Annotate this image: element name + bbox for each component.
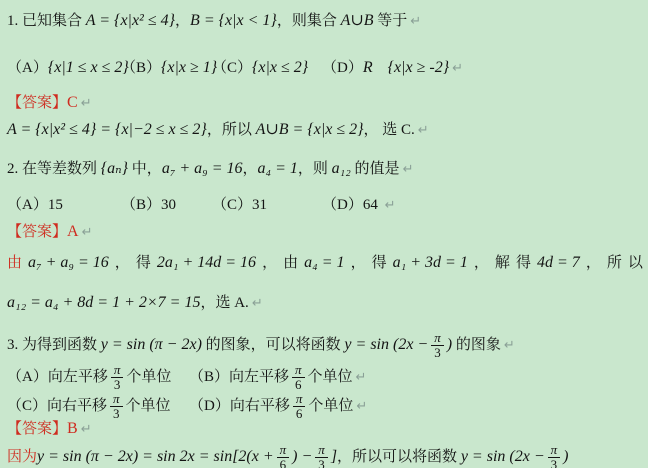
fraction: π3 [548, 443, 561, 468]
paragraph-mark-icon: ↵ [410, 14, 421, 29]
q2-option-c: （C）31 [212, 194, 322, 216]
fraction-numerator: π [110, 392, 123, 406]
text-run: 【答案】 [7, 95, 67, 111]
text-run: a₇ + a₉ = 16 [162, 160, 243, 177]
text-run: 2a₁ + 14d = 16 [157, 252, 256, 274]
paragraph-mark-icon: ↵ [356, 370, 367, 385]
text-run: {x|x ≥ -2} [388, 59, 450, 76]
text-run: 个单位 [126, 369, 171, 385]
text-run: 等于 [374, 13, 408, 29]
text-run: A = {x|x² ≤ 4} [86, 12, 175, 29]
question-2-options: （A）15 （B）30 （C）31 （D）64 ↵ [7, 194, 644, 217]
paragraph-mark-icon: ↵ [82, 225, 93, 240]
question-2-answer: 【答案】A↵ [7, 221, 644, 244]
text-run: 3. 为得到函数 [7, 337, 101, 353]
text-run: 解 [495, 252, 510, 274]
q1-option-b: （B）{x|x ≥ 1} [121, 57, 212, 79]
text-run: 所 [607, 252, 622, 274]
text-run: 个单位 [308, 369, 353, 385]
paragraph-mark-icon: ↵ [81, 422, 92, 437]
text-run: B = {x|x < 1} [190, 12, 277, 29]
text-run: 个单位 [308, 398, 353, 414]
question-2-solution-line-2: a₁₂ = a₄ + 8d = 1 + 2×7 = 15，选 A.↵ [7, 292, 644, 315]
text-run: （A）15 [7, 197, 63, 213]
text-run: ， [243, 161, 258, 177]
fraction: π3 [111, 363, 124, 393]
text-run: （A） [7, 60, 48, 76]
question-1-options: （A）{x|1 ≤ x ≤ 2} （B）{x|x ≥ 1} （C）{x|x ≤ … [7, 57, 644, 80]
text-run: （D）64 [322, 197, 382, 213]
paragraph-mark-icon: ↵ [81, 96, 92, 111]
text-run: 4d = 7 [537, 252, 580, 274]
paragraph-mark-icon: ↵ [385, 198, 396, 213]
text-run: 得 [516, 252, 531, 274]
text-run: 以 [628, 252, 643, 274]
fraction-numerator: π [293, 392, 306, 406]
text-run: a₁ + 3d = 1 [393, 252, 468, 274]
text-run: 【答案】 [7, 421, 67, 437]
text-run: a₄ = 1 [258, 160, 298, 177]
text-run: 得 [136, 252, 151, 274]
question-3-solution-partial: 因为y = sin (π − 2x) = sin 2x = sin[2(x +π… [7, 443, 644, 468]
paragraph-mark-icon: ↵ [418, 123, 429, 138]
text-run: 的值是 [351, 161, 400, 177]
q1-option-a: （A）{x|1 ≤ x ≤ 2} [7, 57, 121, 79]
text-run: a₁₂ [332, 160, 351, 177]
question-2-solution-line-1: 由a₇ + a₉ = 16，得2a₁ + 14d = 16，由a₄ = 1，得a… [7, 252, 643, 274]
text-run: ， [262, 252, 277, 274]
paragraph-mark-icon: ↵ [504, 338, 515, 353]
paragraph-mark-icon: ↵ [452, 61, 463, 76]
text-run: （D）向右平移 [189, 398, 290, 414]
text-run: 中， [128, 161, 162, 177]
text-run: ) − [292, 448, 312, 465]
q1-option-c: （C）{x|x ≤ 2} [212, 57, 322, 79]
text-run: 由 [283, 252, 298, 274]
text-run: 1. 已知集合 [7, 13, 86, 29]
text-run: 由 [7, 252, 22, 274]
text-run: a₇ + a₉ = 16 [28, 252, 109, 274]
question-2-title: 2. 在等差数列 {aₙ} 中，a₇ + a₉ = 16，a₄ = 1，则 a₁… [7, 158, 644, 181]
fraction-denominator: 3 [315, 457, 328, 468]
text-run: （B）向左平移 [189, 369, 289, 385]
text-run: 【答案】 [7, 224, 67, 240]
text-run: a₄ = 1 [304, 252, 344, 274]
q1-option-d: （D）R {x|x ≥ -2}↵ [322, 57, 463, 80]
document-page: 1. 已知集合 A = {x|x² ≤ 4}，B = {x|x < 1}，则集合… [0, 0, 648, 468]
fraction: π6 [277, 443, 290, 468]
text-run: ， [115, 252, 130, 274]
text-run: ， [351, 252, 366, 274]
fraction: π3 [315, 443, 328, 468]
fraction-numerator: π [292, 363, 305, 377]
paragraph-mark-icon: ↵ [356, 399, 367, 414]
text-run: {aₙ} [101, 160, 128, 177]
q3-option-b: （B）向左平移π6个单位↵ [189, 363, 366, 393]
fraction-numerator: π [277, 443, 290, 457]
text-run: A∪B = {x|x ≤ 2} [256, 121, 364, 138]
text-run: ，选 A. [200, 295, 248, 311]
text-run: y = sin (π − 2x) [101, 336, 202, 353]
text-run: 因为 [7, 449, 37, 465]
text-run: ，则 [298, 161, 332, 177]
text-run: ， 选 C. [364, 122, 415, 138]
question-1-solution: A = {x|x² ≤ 4} = {x|−2 ≤ x ≤ 2}，所以 A∪B =… [7, 119, 644, 142]
text-run: y = sin (2x − [344, 336, 428, 353]
paragraph-mark-icon: ↵ [403, 162, 414, 177]
question-3-title: 3. 为得到函数 y = sin (π − 2x) 的图象，可以将函数 y = … [7, 331, 644, 361]
text-run: （C）向右平移 [7, 398, 107, 414]
fraction-denominator: 6 [293, 406, 306, 421]
text-run: B [67, 420, 78, 437]
text-run: y = sin (π − 2x) = sin 2x = sin[2(x + [37, 448, 274, 465]
q3-option-d: （D）向右平移π6个单位↵ [189, 392, 367, 422]
text-run: （C）31 [212, 197, 267, 213]
text-run: （B） [121, 60, 161, 76]
fraction: π3 [431, 331, 444, 361]
text-run: 2. 在等差数列 [7, 161, 101, 177]
text-run: {x|x ≥ 1} [161, 59, 217, 76]
q3-option-a: （A）向左平移π3个单位 [7, 363, 189, 393]
q2-option-a: （A）15 [7, 194, 121, 216]
text-run: A [67, 223, 79, 240]
fraction: π6 [292, 363, 305, 393]
text-run [373, 60, 388, 76]
text-run: （B）30 [121, 197, 176, 213]
q2-option-d: （D）64 ↵ [322, 194, 396, 217]
text-run: （A）向左平移 [7, 369, 108, 385]
text-run: （C） [212, 60, 252, 76]
fraction-numerator: π [431, 331, 444, 345]
text-run: ) [563, 448, 568, 465]
text-run: 的图象 [452, 337, 501, 353]
fraction: π6 [293, 392, 306, 422]
fraction-denominator: 3 [548, 457, 561, 468]
text-run: ，所以可以将函数 [337, 449, 461, 465]
text-run: （D） [322, 60, 363, 76]
text-run: ，则集合 [277, 13, 341, 29]
text-run: {x|x ≤ 2} [252, 59, 308, 76]
question-1-answer: 【答案】C↵ [7, 92, 644, 115]
text-run: y = sin (2x − [461, 448, 545, 465]
text-run: a₁₂ = a₄ + 8d = 1 + 2×7 = 15 [7, 294, 200, 311]
fraction-numerator: π [315, 443, 328, 457]
fraction-numerator: π [548, 443, 561, 457]
text-run: {x|1 ≤ x ≤ 2} [48, 59, 129, 76]
text-run: A = {x|x² ≤ 4} = {x|−2 ≤ x ≤ 2} [7, 121, 207, 138]
fraction-denominator: 3 [431, 345, 444, 360]
text-run: ，所以 [207, 122, 256, 138]
question-3-options-row-1: （A）向左平移π3个单位 （B）向左平移π6个单位↵ [7, 363, 644, 393]
text-run: C [67, 94, 78, 111]
fraction-numerator: π [111, 363, 124, 377]
text-run: A∪B [341, 12, 374, 29]
fraction: π3 [110, 392, 123, 422]
text-run: 个单位 [126, 398, 171, 414]
text-run: ， [175, 13, 190, 29]
text-run: R [363, 59, 373, 76]
text-run: ， [474, 252, 489, 274]
question-1-title: 1. 已知集合 A = {x|x² ≤ 4}，B = {x|x < 1}，则集合… [7, 10, 644, 33]
fraction-denominator: 3 [110, 406, 123, 421]
fraction-denominator: 6 [292, 377, 305, 392]
q2-option-b: （B）30 [121, 194, 212, 216]
text-run: ， [586, 252, 601, 274]
text-run: 得 [372, 252, 387, 274]
paragraph-mark-icon: ↵ [252, 296, 263, 311]
fraction-denominator: 3 [111, 377, 124, 392]
fraction-denominator: 6 [277, 457, 290, 468]
text-run: 的图象，可以将函数 [202, 337, 345, 353]
